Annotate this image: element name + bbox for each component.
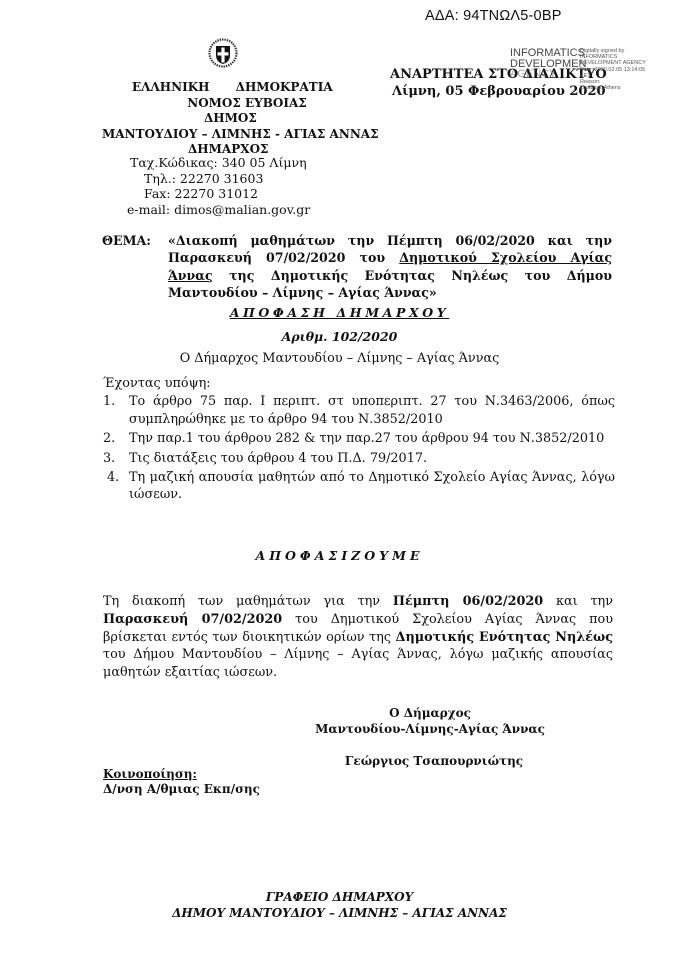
list-item-text: Την παρ.1 του άρθρου 282 & την παρ.27 το… bbox=[129, 431, 604, 446]
mayor-line: Ο Δήμαρχος Μαντουδίου – Λίμνης – Αγίας Ά… bbox=[0, 351, 679, 366]
body-text: Τη διακοπή των μαθημάτων για την bbox=[103, 594, 393, 609]
signer-line: AGENCY bbox=[510, 69, 586, 80]
issuer-municipality-label: ΔΗΜΟΣ bbox=[102, 111, 392, 127]
list-item-number: 4. bbox=[107, 469, 119, 486]
cc-recipient: Δ/νση Α/θμιας Εκπ/σης bbox=[103, 782, 260, 796]
subject-text: «Διακοπή μαθημάτων την Πέμπτη 06/02/2020… bbox=[168, 232, 612, 302]
signature-detail-line: DEVELOPMENT AGENCY bbox=[580, 60, 646, 66]
postal-code: Ταχ.Κώδικας: 340 05 Λίμνη bbox=[130, 155, 360, 171]
decision-title: ΑΠΟΦΑΣΗ ΔΗΜΑΡΧΟΥ bbox=[0, 305, 679, 320]
list-item: 3.Τις διατάξεις του άρθρου 4 του Π.Δ. 79… bbox=[103, 450, 615, 467]
list-item: 2.Την παρ.1 του άρθρου 282 & την παρ.27 … bbox=[103, 430, 615, 447]
considering-section: Έχοντας υπόψη: 1.Το άρθρο 75 παρ. Ι περι… bbox=[103, 375, 615, 506]
email: e-mail: dimos@malian.gov.gr bbox=[127, 202, 360, 218]
signature-block: Ο Δήμαρχος Μαντουδίου-Λίμνης-Αγίας Άννας bbox=[300, 706, 560, 737]
issuer-prefecture: ΝΟΜΟΣ ΕΥΒΟΙΑΣ bbox=[102, 96, 392, 112]
digital-signature-stamp: INFORMATICS DEVELOPMEN AGENCY Digitally … bbox=[510, 48, 679, 94]
body-bold-date-thursday: Πέμπτη 06/02/2020 bbox=[393, 594, 543, 609]
greek-coat-of-arms-icon bbox=[208, 38, 238, 68]
subject-block: ΘΕΜΑ: «Διακοπή μαθημάτων την Πέμπτη 06/0… bbox=[102, 232, 612, 302]
considering-list: 1.Το άρθρο 75 παρ. Ι περιπτ. στ υποπεριπ… bbox=[103, 393, 615, 503]
decision-title-text: ΑΠΟΦΑΣΗ ΔΗΜΑΡΧΟΥ bbox=[230, 305, 450, 320]
list-item: 4.Τη μαζική απουσία μαθητών από το Δημοτ… bbox=[103, 469, 615, 504]
fax: Fax: 22270 31012 bbox=[130, 186, 360, 202]
signer-name: Γεώργιος Τσαπουρνιώτης bbox=[300, 754, 568, 768]
list-item-text: Τις διατάξεις του άρθρου 4 του Π.Δ. 79/2… bbox=[129, 451, 427, 466]
issuer-municipality-name: ΜΑΝΤΟΥΔΙΟΥ – ΛΙΜΝΗΣ - ΑΓΙΑΣ ΑΝΝΑΣ bbox=[102, 127, 392, 143]
footer-line: ΓΡΑΦΕΙΟ ΔΗΜΑΡΧΟΥ bbox=[0, 890, 679, 906]
footer-line: ΔΗΜΟΥ ΜΑΝΤΟΥΔΙΟΥ – ΛΙΜΝΗΣ – ΑΓΙΑΣ ΑΝΝΑΣ bbox=[0, 906, 679, 922]
cc-label: Κοινοποίηση: bbox=[103, 767, 197, 781]
signature-signer: INFORMATICS DEVELOPMEN AGENCY bbox=[510, 48, 586, 80]
subject-text-part: της Δημοτικής Ενότητας Νηλέως του Δήμου … bbox=[168, 268, 612, 300]
we-decide-heading: ΑΠΟΦΑΣΙΖΟΥΜΕ bbox=[0, 548, 679, 563]
decision-number: Αριθμ. 102/2020 bbox=[0, 329, 679, 344]
ada-identifier: ΑΔΑ: 94ΤΝΩΛ5-0ΒΡ bbox=[425, 8, 562, 24]
signature-detail-line: Date: 2020.02.05 13:14:05 bbox=[580, 67, 646, 73]
subject-label: ΘΕΜΑ: bbox=[102, 232, 151, 249]
signature-details: Digitally signed by INFORMATICS DEVELOPM… bbox=[580, 48, 646, 91]
signature-title: Ο Δήμαρχος bbox=[300, 706, 560, 722]
body-text: και την bbox=[543, 594, 613, 609]
issuer-header: ΕΛΛΗΝΙΚΗ ΔΗΜΟΚΡΑΤΙΑ ΝΟΜΟΣ ΕΥΒΟΙΑΣ ΔΗΜΟΣ … bbox=[102, 80, 392, 158]
body-bold-unit: Δημοτικής Ενότητας Νηλέως bbox=[396, 630, 613, 645]
signature-municipality: Μαντουδίου-Λίμνης-Αγίας Άννας bbox=[300, 722, 560, 738]
signer-line: INFORMATICS bbox=[510, 48, 586, 59]
issuer-country: ΕΛΛΗΝΙΚΗ ΔΗΜΟΚΡΑΤΙΑ bbox=[102, 80, 392, 96]
body-bold-date-friday: Παρασκευή 07/02/2020 bbox=[103, 612, 282, 627]
list-item-text: Τη μαζική απουσία μαθητών από το Δημοτικ… bbox=[129, 470, 615, 502]
decision-body: Τη διακοπή των μαθημάτων για την Πέμπτη … bbox=[103, 593, 613, 682]
footer: ΓΡΑΦΕΙΟ ΔΗΜΑΡΧΟΥ ΔΗΜΟΥ ΜΑΝΤΟΥΔΙΟΥ – ΛΙΜΝ… bbox=[0, 890, 679, 921]
list-item-number: 2. bbox=[103, 430, 115, 447]
signature-detail-line: Location: Athens bbox=[580, 85, 646, 91]
phone: Τηλ.: 22270 31603 bbox=[130, 171, 360, 187]
list-item: 1.Το άρθρο 75 παρ. Ι περιπτ. στ υποπεριπ… bbox=[103, 393, 615, 428]
list-item-text: Το άρθρο 75 παρ. Ι περιπτ. στ υποπεριπτ.… bbox=[129, 394, 615, 426]
list-item-number: 1. bbox=[103, 393, 115, 410]
body-text: του Δήμου Μαντουδίου – Λίμνης – Αγίας Άν… bbox=[103, 647, 613, 680]
list-item-number: 3. bbox=[103, 450, 115, 467]
issuer-contact: Ταχ.Κώδικας: 340 05 Λίμνη Τηλ.: 22270 31… bbox=[130, 155, 360, 217]
considering-intro: Έχοντας υπόψη: bbox=[103, 375, 615, 392]
